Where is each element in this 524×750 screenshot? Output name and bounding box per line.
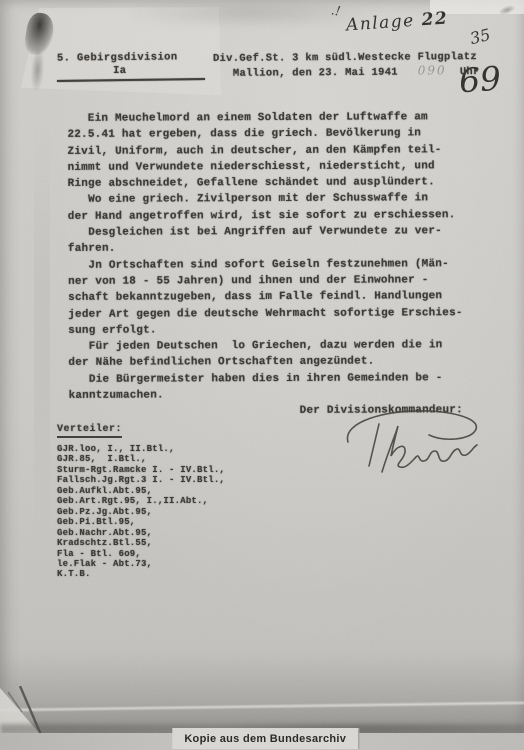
body-line: Ringe abschneidet, Gefallene schändet un… [68, 174, 480, 192]
body-line: ner von 18 - 55 Jahren) und ihnen und de… [68, 272, 480, 290]
page-number-small: 35 [468, 25, 492, 48]
unit-section: Ia [57, 64, 178, 78]
body-line: Wo eine griech. Zivilperson mit der Schu… [68, 191, 480, 209]
signature-flourish [347, 411, 476, 442]
date-line: Mallion, den 23. Mai 1941 090 Uhr [213, 64, 480, 81]
signature-name-path [382, 426, 477, 472]
body-line: 22.5.41 hat ergeben, dass die griech. Be… [67, 125, 479, 143]
body-line: fahren. [68, 239, 480, 257]
footer-band: Kopie aus dem Bundesarchiv [0, 733, 524, 750]
distribution-item: Fallsch.Jg.Rgt.3 I. - IV.Btl., [57, 475, 225, 485]
distribution-item: Geb.Pi.Btl.95, [57, 517, 225, 527]
header-station-block: Div.Gef.St. 3 km südl.Westecke Flugplatz… [213, 51, 480, 81]
signature-stroke [369, 424, 379, 466]
handwritten-time: 090 [418, 63, 447, 77]
body-line: schaft bekanntzugeben, dass im Falle fei… [68, 288, 480, 306]
body-line: Desgleichen ist bei Angriffen auf Verwun… [68, 223, 480, 241]
body-line: nimmt und Verwundete niederschiesst, nie… [68, 158, 480, 176]
body-line: kanntzumachen. [69, 386, 481, 404]
anlage-word: Anlage [345, 11, 415, 36]
distribution-item: Geb.Art.Rgt.95, I.,II.Abt., [57, 496, 225, 506]
time-unit-label: Uhr [460, 66, 480, 78]
distribution-item: GJR.loo, I., II.Btl., [57, 444, 225, 454]
body-line: Ein Meuchelmord an einem Soldaten der Lu… [67, 109, 479, 127]
body-line: jeder Art gegen die deutsche Wehrmacht s… [68, 305, 480, 323]
distribution-section: Verteiler: GJR.loo, I., II.Btl., GJR.85,… [57, 418, 225, 580]
distribution-heading: Verteiler: [57, 424, 122, 438]
body-line: Für jeden Deutschen lo Griechen, dazu we… [68, 337, 480, 355]
distribution-item: Geb.Pz.Jg.Abt.95, [57, 507, 225, 517]
distribution-item: le.Flak - Abt.73, [57, 559, 225, 569]
body-line: der Hand angetroffen wird, ist sie sofor… [68, 207, 480, 225]
distribution-item: Geb.Nachr.Abt.95, [57, 528, 225, 538]
body-line: sung erfolgt. [68, 321, 480, 339]
distribution-items: GJR.loo, I., II.Btl., GJR.85, I.Btl., St… [57, 444, 225, 580]
bottom-shading [0, 650, 524, 734]
distribution-item: Geb.Aufkl.Abt.95, [57, 486, 225, 496]
body-line: der Nähe befindlichen Ortschaften angezü… [68, 354, 480, 372]
distribution-item: K.T.B. [57, 569, 225, 579]
distribution-item: Fla - Btl. 6o9, [57, 549, 225, 559]
body-line: Jn Ortschaften sind sofort Geiseln festz… [68, 256, 480, 274]
body-line: Zivil, Uniform, auch in deutscher, an de… [67, 142, 479, 160]
footer-caption-box: Kopie aus dem Bundesarchiv [172, 728, 359, 749]
document-body: Ein Meuchelmord an einem Soldaten der Lu… [67, 109, 480, 420]
body-line: Die Bürgermeister haben dies in ihren Ge… [68, 370, 480, 388]
scanned-document-page: .! Anlage 22 35 69 5. Gebirgsdivision Ia… [0, 0, 524, 750]
distribution-item: Sturm-Rgt.Ramcke I. - IV.Btl., [57, 465, 225, 475]
distribution-item: GJR.85, I.Btl., [57, 454, 225, 464]
signature-ringel [332, 404, 504, 480]
left-margin-shading [34, 120, 50, 540]
anlage-number: 22 [421, 8, 449, 30]
date-text: Mallion, den 23. Mai 1941 [213, 67, 398, 80]
footer-caption: Kopie aus dem Bundesarchiv [184, 733, 346, 745]
distribution-item: Kradschtz.Btl.55, [57, 538, 225, 548]
unit-name: 5. Gebirgsdivision [57, 51, 178, 65]
header-unit-block: 5. Gebirgsdivision Ia [57, 51, 178, 77]
